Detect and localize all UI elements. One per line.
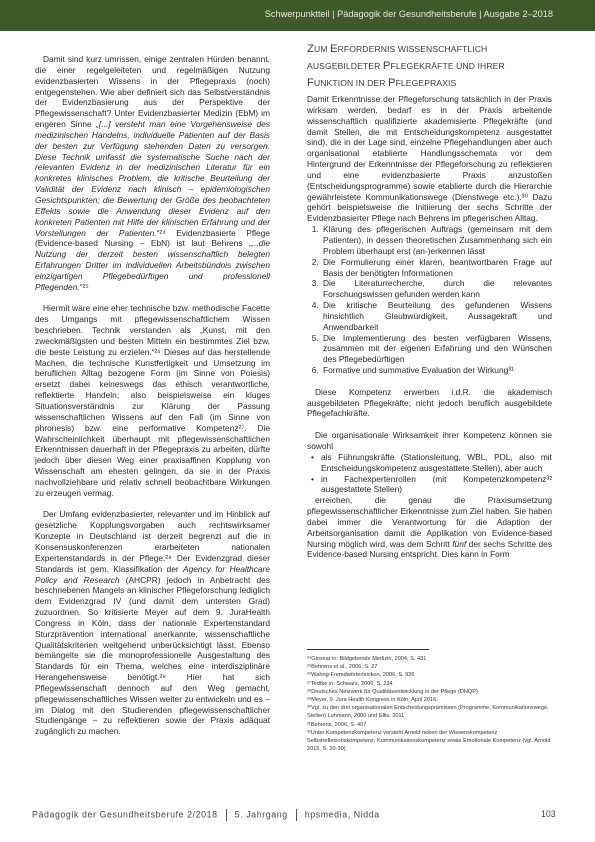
section-heading: Zum Erfordernis wissenschaftlich ausgebi…: [307, 41, 552, 92]
left-column: Damit sind kurz umrissen, einige zentral…: [35, 54, 270, 748]
paragraph: Hiermit wäre eine eher technische bzw. m…: [35, 303, 270, 498]
text: “²⁵: [80, 282, 89, 292]
journal-title: Pädagogik der Gesundheitsberufe 2/2018: [32, 809, 218, 819]
list-item: Die kritische Beurteilung des gefundenen…: [321, 300, 552, 333]
six-steps-list: Klärung des pflegerischen Auftrags (geme…: [307, 224, 552, 376]
bullet-list: als Führungskräfte (Stationsleitung, WBL…: [307, 452, 552, 495]
footnote: ²⁸Deutsches Netzwerk für Qualitätsentwic…: [307, 688, 552, 696]
footnote: ³⁰Vgl. zu den drei organisationalen Ents…: [307, 704, 552, 720]
list-item: als Führungskräfte (Stationsleitung, WBL…: [321, 452, 552, 474]
heading-smallcaps: ausgebildeter: [307, 61, 383, 71]
paragraph: erreichen, die genau die Praxisumsetzung…: [307, 495, 552, 560]
footnote: ²⁷Tedtke in: Schwarz, 2006, S. 234: [307, 680, 552, 688]
quote-text: „[...] versteht man eine Vorgehensweise …: [35, 119, 270, 237]
heading-smallcaps: rfordernis wissenschaftlich: [338, 44, 488, 54]
footnote: ³²Unter Kompetenzkompetenz versteht Arno…: [307, 729, 552, 754]
page-number: 103: [541, 809, 556, 819]
divider: [226, 809, 227, 821]
list-item: Klärung des pflegerischen Auftrags (geme…: [321, 224, 552, 257]
paragraph: Die organisationale Wirksamkeit ihrer Ko…: [307, 430, 552, 452]
list-item: Die Implementierung des besten verfügbar…: [321, 333, 552, 366]
divider: [296, 809, 297, 821]
list-item: Die Literaturrecherche, durch die releva…: [321, 278, 552, 300]
right-column: Zum Erfordernis wissenschaftlich ausgebi…: [307, 41, 552, 571]
text: (AHCPR) jedoch in Anbetracht des beschri…: [35, 575, 270, 737]
paragraph: Damit sind kurz umrissen, einige zentral…: [35, 54, 270, 293]
heading-smallcaps: flegepraxis: [396, 78, 457, 88]
page-footer: Pädagogik der Gesundheitsberufe 2/20185.…: [32, 809, 380, 821]
heading-smallcaps: flegekräfte und ihrer: [390, 61, 504, 71]
emphasis-text: fünf: [452, 539, 466, 549]
footnote: ²⁴Glossar in: Bildgebende Medizin, 2004,…: [307, 655, 552, 663]
paragraph: Diese Kompetenz erwerben i.d.R. die akad…: [307, 387, 552, 420]
list-item: Die Formulierung einer klaren, beantwort…: [321, 257, 552, 279]
text: Damit sind kurz umrissen, einige zentral…: [35, 54, 270, 129]
heading-cap: Z: [307, 43, 314, 55]
volume: 5. Jahrgang: [235, 809, 288, 819]
running-title: Schwerpunktteil | Pädagogik der Gesundhe…: [265, 9, 553, 19]
footnote: ²⁶Wahrig-Fremdwörterlexikon, 2006, S. 92…: [307, 671, 552, 679]
heading-cap: E: [330, 43, 338, 55]
list-item: in Fachexpertenrollen (mit Kompetenzkomp…: [321, 474, 552, 496]
publisher: hpsmedia, Nidda: [305, 809, 380, 819]
paragraph: Der Umfang evidenzbasierter, relevanter …: [35, 509, 270, 737]
footnote-divider: [307, 649, 429, 650]
footnotes: ²⁴Glossar in: Bildgebende Medizin, 2004,…: [307, 655, 552, 753]
heading-cap: P: [388, 77, 396, 89]
heading-cap: F: [307, 77, 314, 89]
heading-smallcaps: um: [314, 44, 330, 54]
paragraph: Damit Erkenntnisse der Pflegeforschung t…: [307, 94, 552, 224]
footnote: ²⁵Behrens et al., 2006, S. 27: [307, 663, 552, 671]
footnote: ²⁹Meyer, 9. Jura Health Kongress in Köln…: [307, 696, 552, 704]
heading-smallcaps: unktion in der: [314, 78, 388, 88]
footnote: ³¹Behrens, 2006, S. 407: [307, 721, 552, 729]
header-bar: Schwerpunktteil | Pädagogik der Gesundhe…: [0, 0, 595, 31]
list-item: Formative und summative Evaluation der W…: [321, 365, 552, 376]
